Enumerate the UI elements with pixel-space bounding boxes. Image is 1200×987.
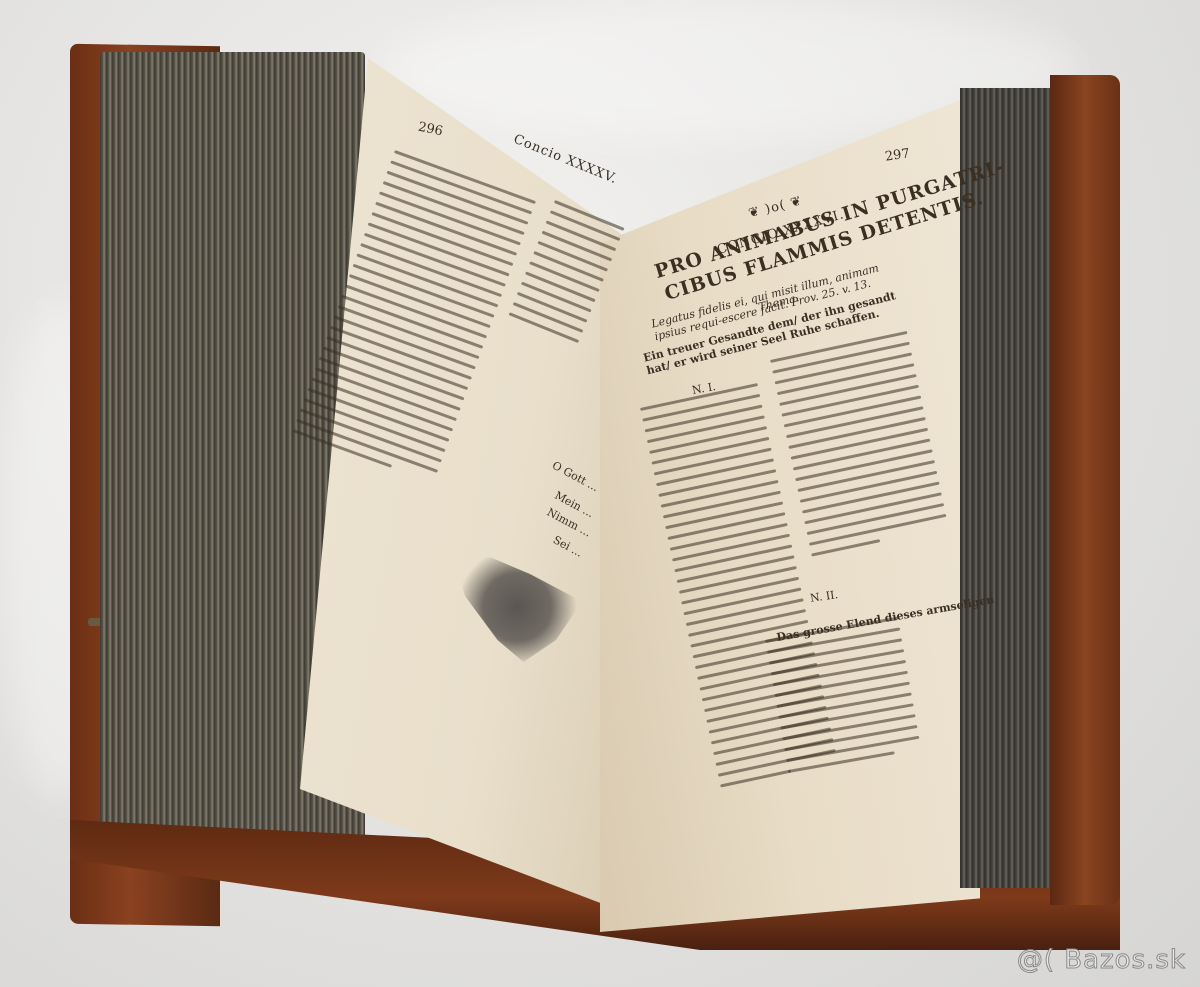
right-column-2b-text: [765, 617, 923, 781]
bazos-watermark: @( Bazos.sk: [1017, 945, 1186, 975]
right-leather-cover: [1050, 75, 1120, 905]
photo-scene: 296 Concio XXXXV. O Gott ... Mein ... Ni…: [0, 0, 1200, 987]
